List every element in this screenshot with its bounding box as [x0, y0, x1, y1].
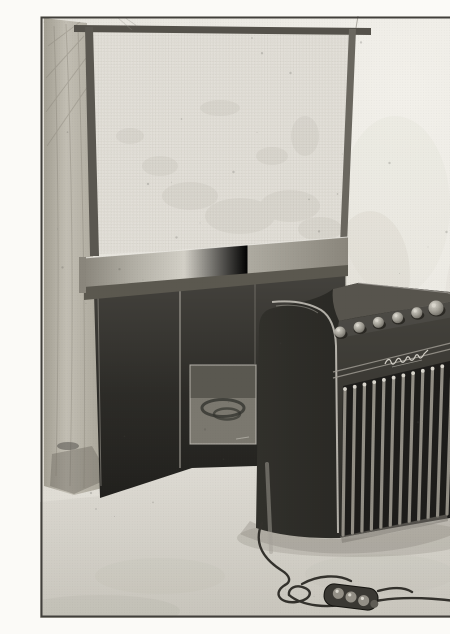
- vintage-photograph: [40, 16, 450, 618]
- halftone-overlay: [43, 19, 450, 615]
